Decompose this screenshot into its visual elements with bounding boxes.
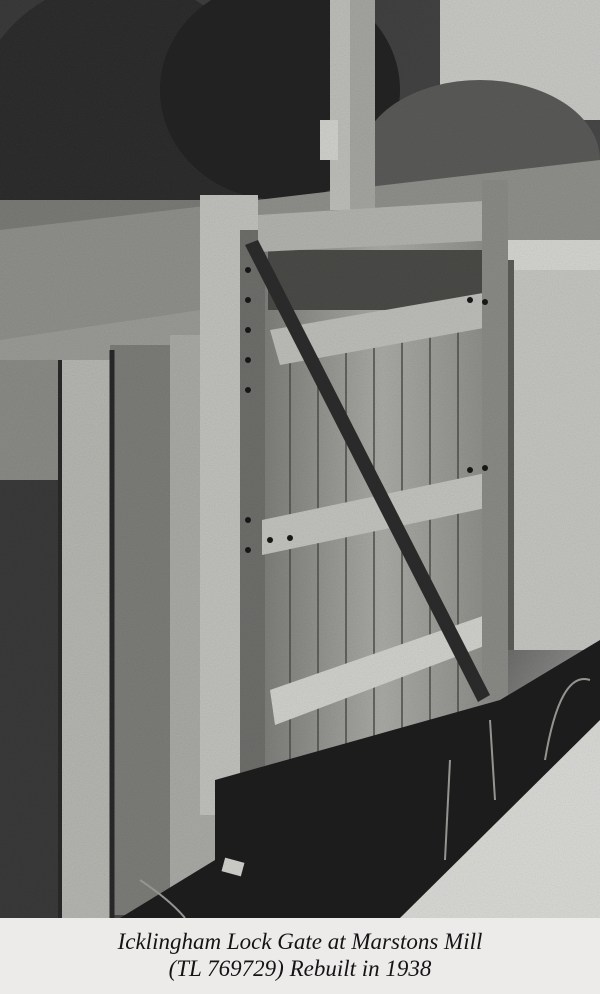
- caption-line-1: Icklingham Lock Gate at Marstons Mill: [0, 928, 600, 955]
- photo-caption: Icklingham Lock Gate at Marstons Mill (T…: [0, 928, 600, 982]
- page: Icklingham Lock Gate at Marstons Mill (T…: [0, 0, 600, 994]
- caption-line-2: (TL 769729) Rebuilt in 1938: [0, 955, 600, 982]
- lock-gate-photo: [0, 0, 600, 918]
